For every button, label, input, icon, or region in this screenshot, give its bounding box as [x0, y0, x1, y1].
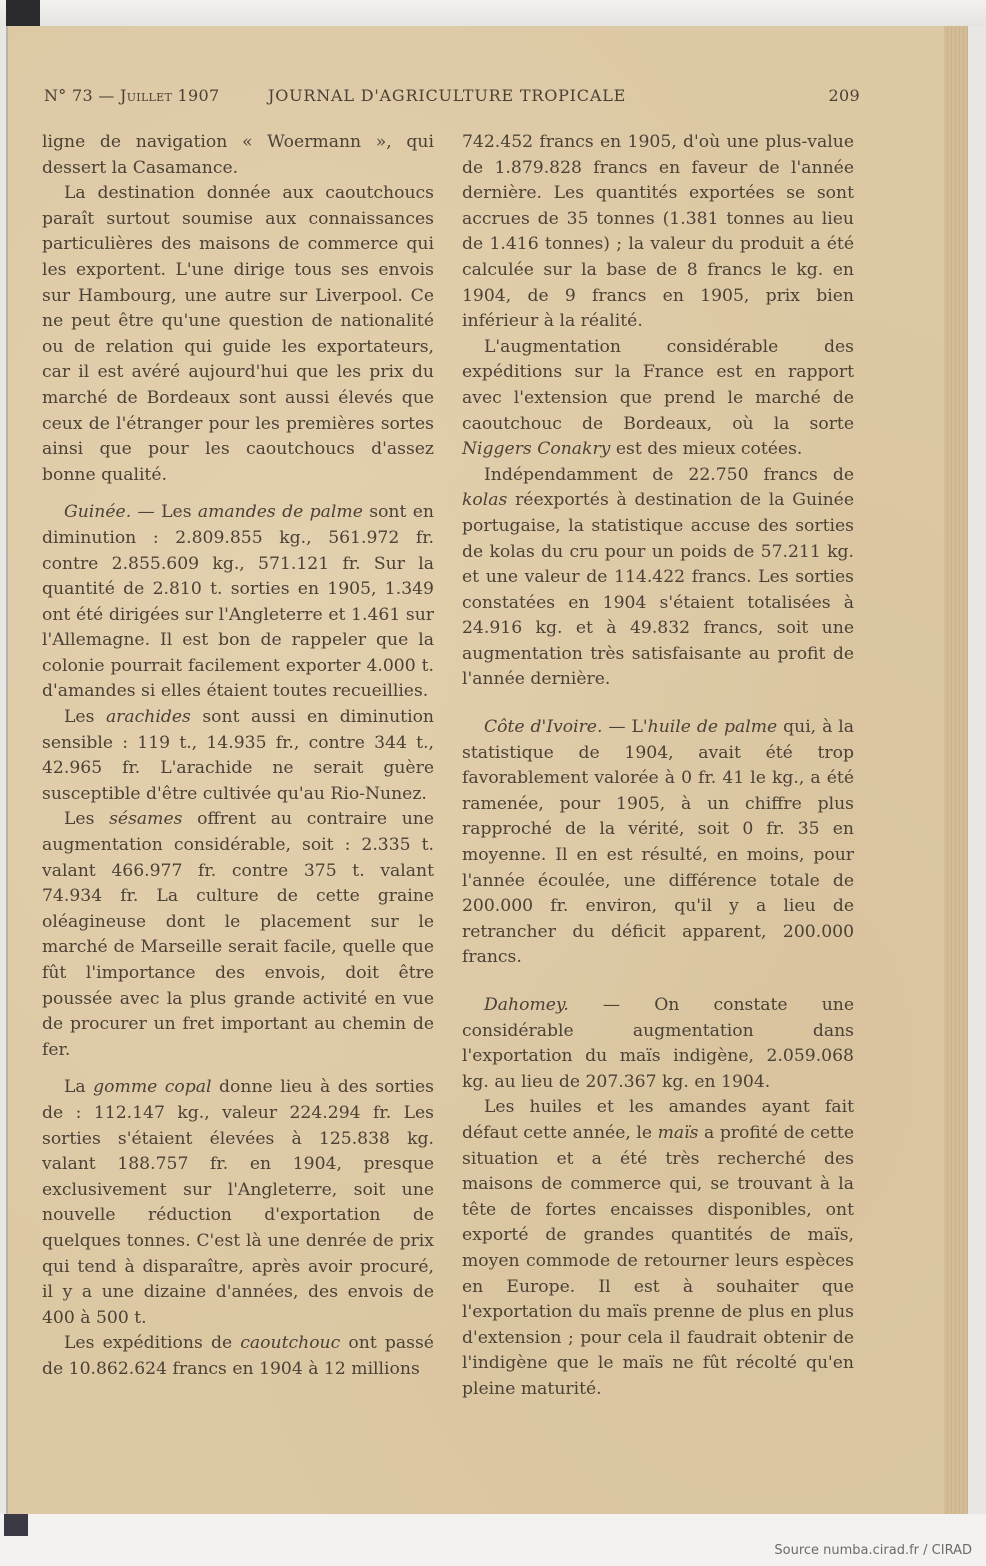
term-caoutchouc: caoutchouc: [240, 1333, 340, 1353]
scan-bottom-margin: [0, 1514, 986, 1566]
paragraph-gomme-copal: La gomme copal donne lieu à des sorties …: [42, 1075, 434, 1331]
journal-title: JOURNAL D'AGRICULTURE TROPICALE: [268, 86, 626, 105]
paragraph-plus-value: 742.452 francs en 1905, d'où une plus-va…: [462, 130, 854, 335]
page-number: 209: [829, 86, 860, 105]
term-huile-de-palme: huile de palme: [648, 717, 778, 737]
book-page-edges: [944, 26, 968, 1514]
section-heading-guinee: Guinée.: [64, 502, 131, 522]
right-column: 742.452 francs en 1905, d'où une plus-va…: [462, 130, 854, 1403]
term-kolas: kolas: [462, 490, 507, 510]
term-gomme-copal: gomme copal: [93, 1077, 211, 1097]
running-header: N° 73 — Juillet 1907 JOURNAL D'AGRICULTU…: [44, 86, 860, 110]
paragraph-caoutchouc: Les expéditions de caoutchouc ont passé …: [42, 1331, 434, 1382]
paragraph-kolas: Indépendamment de 22.750 francs de kolas…: [462, 463, 854, 693]
section-heading-cote-ivoire: Côte d'Ivoire.: [484, 717, 602, 737]
paragraph-dahomey: Dahomey. — On constate une considérable …: [462, 993, 854, 1095]
source-credit: Source numba.cirad.fr / CIRAD: [774, 1543, 972, 1558]
term-niggers-conakry: Niggers Conakry: [462, 439, 610, 459]
paragraph-expeditions-france: L'augmentation considérable des expéditi…: [462, 335, 854, 463]
paragraph-sesames: Les sésames offrent au contraire une aug…: [42, 807, 434, 1063]
paragraph-woermann: ligne de navigation « Woermann », qui de…: [42, 130, 434, 181]
scan-corner-shadow: [6, 0, 40, 26]
section-heading-dahomey: Dahomey.: [484, 995, 569, 1015]
term-arachides: arachides: [106, 707, 191, 727]
paragraph-cote-ivoire: Côte d'Ivoire. — L'huile de palme qui, à…: [462, 715, 854, 971]
term-mais: maïs: [658, 1123, 699, 1143]
scan-top-margin: [0, 0, 986, 26]
term-sesames: sésames: [109, 809, 182, 829]
scanned-page-viewer: N° 73 — Juillet 1907 JOURNAL D'AGRICULTU…: [0, 0, 986, 1566]
paragraph-arachides: Les arachides sont aussi en diminution s…: [42, 705, 434, 807]
paragraph-huiles-mais: Les huiles et les amandes ayant fait déf…: [462, 1095, 854, 1402]
scan-corner-shadow-bottom: [4, 1514, 28, 1536]
paragraph-guinee: Guinée. — Les amandes de palme sont en d…: [42, 500, 434, 705]
left-column: ligne de navigation « Woermann », qui de…: [42, 130, 434, 1383]
issue-number-date: N° 73 — Juillet 1907: [44, 86, 219, 105]
paragraph-destination-caoutchoucs: La destination donnée aux caoutchoucs pa…: [42, 181, 434, 488]
term-amandes-de-palme: amandes de palme: [198, 502, 363, 522]
